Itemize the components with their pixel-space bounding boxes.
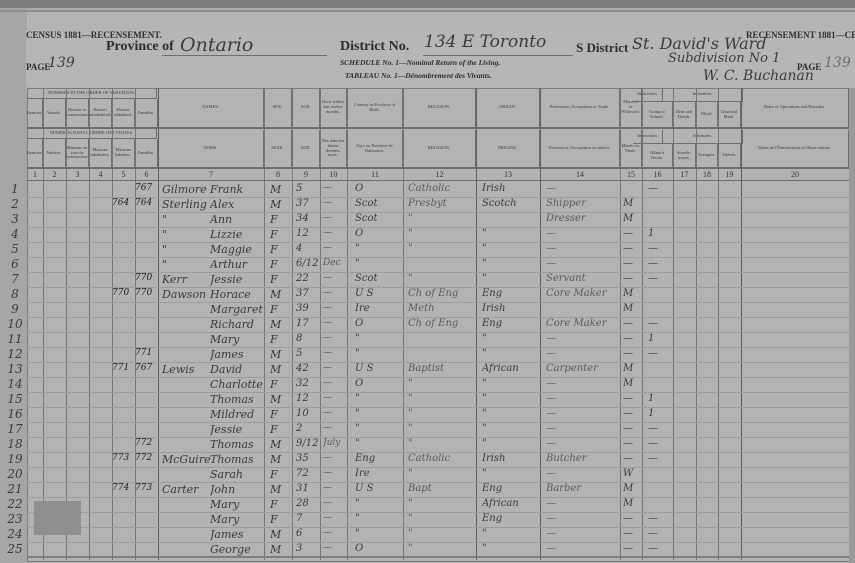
cell-sex: F — [270, 423, 290, 436]
cell-age: 12 — [296, 228, 318, 239]
cell-sex: M — [270, 528, 290, 541]
cell-surname: McGuire — [162, 453, 217, 466]
column-header-fr: NOMS. — [158, 130, 264, 168]
row-number: 1 — [4, 182, 26, 196]
cell-age: 37 — [296, 198, 318, 209]
cell-marital-status: — — [623, 408, 641, 419]
cell-birthplace: O — [355, 378, 400, 389]
cell-marital-status: M — [623, 213, 641, 224]
cell-given-name: George — [210, 543, 265, 556]
cell-occupation: — — [546, 543, 618, 554]
row-number: 21 — [4, 482, 26, 496]
row-number: 12 — [4, 347, 26, 361]
column-header-en: Deaf and Dumb. — [673, 102, 696, 128]
column-number: 4 — [89, 170, 112, 180]
cell-birthplace: U S — [355, 288, 400, 299]
cell-age: 3 — [296, 543, 318, 554]
cell-family-number: 770 — [135, 288, 157, 298]
row-number: 6 — [4, 257, 26, 271]
cell-given-name: Mary — [210, 333, 265, 346]
cell-birthplace: " — [355, 408, 400, 419]
cell-occupation: Butcher — [546, 453, 618, 464]
cell-marital-status: — — [623, 543, 641, 554]
cell-age: 17 — [296, 318, 318, 329]
column-header-en: Profession, Occupation or Trade. — [540, 88, 620, 128]
cell-given-name: James — [210, 528, 265, 541]
cell-school: 1 — [648, 333, 670, 344]
column-number: 2 — [43, 170, 66, 180]
cell-birthplace: O — [355, 543, 400, 554]
cell-age: 6 — [296, 528, 318, 539]
cell-sex: F — [270, 273, 290, 286]
column-header-fr: Maisons inhabitées. — [89, 139, 112, 168]
cell-religion: " — [408, 273, 474, 284]
cell-family-number: 773 — [135, 483, 157, 493]
cell-school: 1 — [648, 408, 670, 419]
cell-origin: " — [482, 438, 538, 449]
cell-marital-status: — — [623, 243, 641, 254]
cell-religion: Bapt — [408, 483, 474, 494]
column-header-en: Country or Province of Birth. — [347, 88, 403, 128]
col-divider — [66, 88, 67, 560]
cell-occupation: — — [546, 513, 618, 524]
col-divider — [292, 88, 293, 560]
cell-family-number: 771 — [135, 348, 157, 358]
cell-family-number: 767 — [135, 183, 157, 193]
cell-house-number: 774 — [112, 483, 134, 493]
cell-occupation: — — [546, 183, 618, 194]
subdivision-value: Subdivision No 1 — [668, 51, 780, 66]
cell-religion: Meth — [408, 303, 474, 314]
cell-house-number: 771 — [112, 363, 134, 373]
cell-sex: F — [270, 228, 290, 241]
cell-religion: Catholic — [408, 453, 474, 464]
col-divider — [741, 88, 742, 560]
cell-age: 4 — [296, 243, 318, 254]
cell-marital-status: M — [623, 498, 641, 509]
column-number: 3 — [66, 170, 89, 180]
cell-marital-status: — — [623, 333, 641, 344]
column-header-fr: RELIGION. — [403, 130, 476, 168]
cell-origin: " — [482, 243, 538, 254]
column-header-en: Vessels. — [43, 99, 66, 128]
cell-occupation: Barber — [546, 483, 618, 494]
cell-occupation: — — [546, 228, 618, 239]
cell-religion: Baptist — [408, 363, 474, 374]
cell-surname: Sterling — [162, 198, 217, 211]
province-label: Province of — [106, 39, 174, 55]
cell-marital-status: — — [623, 318, 641, 329]
column-number: 13 — [476, 170, 540, 180]
cell-sex: M — [270, 363, 290, 376]
column-header-en: Unsound Mind. — [718, 102, 741, 128]
bottom-rule — [27, 556, 849, 558]
cell-born-within-year: — — [323, 483, 347, 493]
cell-origin: " — [482, 228, 538, 239]
column-number: 14 — [540, 170, 620, 180]
cell-origin: Irish — [482, 453, 538, 464]
col-divider — [620, 88, 621, 560]
column-header-fr: Aveugles. — [696, 144, 718, 168]
cell-birthplace: U S — [355, 363, 400, 374]
cell-religion: " — [408, 438, 474, 449]
column-header-fr: Dates de l'Énumération et Observations. — [741, 130, 849, 168]
cell-born-within-year: — — [323, 273, 347, 283]
column-number: 18 — [696, 170, 718, 180]
cell-marital-status: — — [623, 453, 641, 464]
header-rule — [27, 168, 850, 169]
cell-sex: M — [270, 198, 290, 211]
column-header-en: Going to School. — [642, 102, 673, 128]
cell-born-within-year: — — [323, 393, 347, 403]
row-number: 3 — [4, 212, 26, 226]
cell-given-name: Thomas — [210, 393, 265, 406]
cell-sex: F — [270, 243, 290, 256]
cell-origin: Scotch — [482, 198, 538, 209]
cell-occupation: — — [546, 423, 618, 434]
cell-school: — — [648, 528, 670, 539]
cell-religion: " — [408, 468, 474, 479]
cell-family-number: 764 — [135, 198, 157, 208]
cell-origin: Eng — [482, 483, 538, 494]
cell-occupation: — — [546, 348, 618, 359]
cell-birthplace: Ire — [355, 468, 400, 479]
cell-age: 5 — [296, 183, 318, 194]
district-label: District No. — [340, 39, 409, 55]
cell-sex: M — [270, 438, 290, 451]
cell-birthplace: " — [355, 423, 400, 434]
cell-age: 34 — [296, 213, 318, 224]
cell-age: 12 — [296, 393, 318, 404]
cell-surname: " — [162, 258, 217, 271]
cell-born-within-year: — — [323, 543, 347, 553]
cell-age: 37 — [296, 288, 318, 299]
cell-given-name: Lizzie — [210, 228, 265, 241]
cell-house-number: 770 — [112, 288, 134, 298]
province-value: Ontario — [180, 34, 253, 56]
cell-marital-status: M — [623, 378, 641, 389]
header-rule — [27, 180, 850, 181]
cell-given-name: Margaret — [210, 303, 265, 316]
row-number: 20 — [4, 467, 26, 481]
column-number: 5 — [112, 170, 135, 180]
cell-religion: " — [408, 528, 474, 539]
row-number: 2 — [4, 197, 26, 211]
row-number: 10 — [4, 317, 26, 331]
cell-surname: " — [162, 213, 217, 226]
cell-given-name: Maggie — [210, 243, 265, 256]
cell-born-within-year: — — [323, 183, 347, 193]
cell-age: 5 — [296, 348, 318, 359]
column-number: 7 — [158, 170, 264, 180]
cell-sex: F — [270, 408, 290, 421]
cell-origin: Eng — [482, 318, 538, 329]
column-number: 11 — [347, 170, 403, 180]
cell-occupation: Servant — [546, 273, 618, 284]
cell-origin: " — [482, 423, 538, 434]
cell-born-within-year: — — [323, 243, 347, 253]
column-header-fr: Pays ou Province de Naissance. — [347, 130, 403, 168]
header-instruction-fr: Instruction. — [633, 130, 663, 144]
cell-age: 7 — [296, 513, 318, 524]
cell-origin: Eng — [482, 288, 538, 299]
cell-birthplace: " — [355, 348, 400, 359]
cell-given-name: Mary — [210, 498, 265, 511]
column-number: 10 — [320, 170, 347, 180]
cell-birthplace: Ire — [355, 303, 400, 314]
cell-origin: " — [482, 378, 538, 389]
cell-occupation: — — [546, 528, 618, 539]
cell-occupation: — — [546, 438, 618, 449]
column-header-en: ORIGIN. — [476, 88, 540, 128]
column-header-fr: SEXE. — [264, 130, 292, 168]
column-number: 16 — [642, 170, 673, 180]
column-header-en: Houses in construction. — [66, 99, 89, 128]
cell-school: 1 — [648, 228, 670, 239]
cell-marital-status: M — [623, 363, 641, 374]
cell-born-within-year: — — [323, 303, 347, 313]
cell-occupation: Dresser — [546, 213, 618, 224]
cell-birthplace: Scot — [355, 198, 400, 209]
cell-religion: " — [408, 393, 474, 404]
row-number: 19 — [4, 452, 26, 466]
cell-born-within-year: — — [323, 348, 347, 358]
cell-sex: F — [270, 513, 290, 526]
cell-sex: M — [270, 393, 290, 406]
schedule-title-en: SCHEDULE No. 1—Nominal Return of the Liv… — [340, 58, 500, 67]
census-page: CENSUS 1881—RECENSEMENT. RECENSEMENT 188… — [0, 0, 855, 563]
district-underline — [423, 55, 573, 56]
cell-age: 39 — [296, 303, 318, 314]
cell-marital-status: — — [623, 528, 641, 539]
cell-birthplace: " — [355, 438, 400, 449]
cell-sex: F — [270, 258, 290, 271]
cell-age: 2 — [296, 423, 318, 434]
column-header-fr: Allant à l'école. — [642, 144, 673, 168]
cell-occupation: Shipper — [546, 198, 618, 209]
cell-given-name: Jessie — [210, 273, 265, 286]
top-border — [0, 0, 855, 8]
column-header-en: Dates of Operations and Remarks. — [741, 88, 849, 128]
cell-born-within-year: July — [323, 438, 347, 448]
row-number: 15 — [4, 392, 26, 406]
col-divider — [43, 88, 44, 560]
row-rule — [27, 257, 850, 258]
column-header-en: RELIGION. — [403, 88, 476, 128]
column-header-fr: ORIGINE. — [476, 130, 540, 168]
cell-born-within-year: — — [323, 378, 347, 388]
header-group-fr: NUMÉROS DANS L'ORDRE DES VISITES. — [27, 128, 157, 139]
cell-surname: Lewis — [162, 363, 217, 376]
cell-age: 6/12 — [296, 258, 318, 269]
col-divider — [476, 88, 477, 560]
column-header-fr: Maisons en voie de construction. — [66, 139, 89, 168]
cell-born-within-year: — — [323, 288, 347, 298]
cell-born-within-year: — — [323, 528, 347, 538]
cell-sex: M — [270, 183, 290, 196]
cell-birthplace: O — [355, 183, 400, 194]
cell-religion: Presbyt — [408, 198, 474, 209]
row-number: 18 — [4, 437, 26, 451]
cell-born-within-year: Dec — [323, 258, 347, 268]
cell-origin: African — [482, 363, 538, 374]
cell-given-name: Jessie — [210, 423, 265, 436]
cell-occupation: — — [546, 333, 618, 344]
cell-school: — — [648, 183, 670, 194]
cell-school: 1 — [648, 393, 670, 404]
page-label-right: PAGE — [797, 62, 821, 72]
subdistrict-label: S District — [576, 40, 628, 56]
cell-surname: Gilmore — [162, 183, 217, 196]
page-number-left: 139 — [48, 55, 75, 71]
column-number: 12 — [403, 170, 476, 180]
col-divider — [320, 88, 321, 560]
cell-occupation: Core Maker — [546, 288, 618, 299]
column-header-fr: Navires. — [43, 139, 66, 168]
cell-family-number: 772 — [135, 438, 157, 448]
cell-sex: M — [270, 318, 290, 331]
cell-age: 28 — [296, 498, 318, 509]
cell-occupation: — — [546, 243, 618, 254]
cell-origin: " — [482, 528, 538, 539]
cell-religion: " — [408, 228, 474, 239]
cell-origin: " — [482, 348, 538, 359]
column-number: 20 — [741, 170, 849, 180]
column-header-en: SEX. — [264, 88, 292, 128]
cell-age: 35 — [296, 453, 318, 464]
cell-religion: Ch of Eng — [408, 288, 474, 299]
cell-family-number: 770 — [135, 273, 157, 283]
row-number: 14 — [4, 377, 26, 391]
row-number: 24 — [4, 527, 26, 541]
col-divider — [158, 88, 159, 560]
row-number: 23 — [4, 512, 26, 526]
cell-occupation: Carpenter — [546, 363, 618, 374]
cell-marital-status: — — [623, 513, 641, 524]
col-divider — [403, 88, 404, 560]
cell-origin: " — [482, 273, 538, 284]
cell-born-within-year: — — [323, 228, 347, 238]
cell-born-within-year: — — [323, 318, 347, 328]
cell-occupation: Core Maker — [546, 318, 618, 329]
cell-born-within-year: — — [323, 408, 347, 418]
cell-sex: F — [270, 378, 290, 391]
row-number: 9 — [4, 302, 26, 316]
header-rule — [27, 128, 850, 129]
cell-origin: " — [482, 543, 538, 554]
row-rule — [27, 332, 850, 333]
cell-origin: Irish — [482, 183, 538, 194]
cell-occupation: — — [546, 498, 618, 509]
cell-occupation: — — [546, 258, 618, 269]
page-label-left: PAGE — [26, 62, 50, 72]
header-infirmities-en: Infirmities. — [663, 88, 743, 102]
cell-birthplace: " — [355, 528, 400, 539]
cell-marital-status: — — [623, 258, 641, 269]
right-border — [849, 88, 855, 563]
cell-birthplace: " — [355, 513, 400, 524]
cell-origin: " — [482, 258, 538, 269]
cell-birthplace: " — [355, 333, 400, 344]
cell-born-within-year: — — [323, 363, 347, 373]
cell-school: — — [648, 273, 670, 284]
cell-religion: Catholic — [408, 183, 474, 194]
cell-school: — — [648, 423, 670, 434]
cell-religion: " — [408, 408, 474, 419]
cell-surname: " — [162, 243, 217, 256]
cell-given-name: James — [210, 348, 265, 361]
cell-surname: Carter — [162, 483, 217, 496]
column-header-en: Blind. — [696, 102, 718, 128]
cell-marital-status: — — [623, 393, 641, 404]
cell-school: — — [648, 318, 670, 329]
column-header-fr: Maisons habitées. — [112, 139, 135, 168]
cell-religion: Ch of Eng — [408, 318, 474, 329]
cell-birthplace: " — [355, 243, 400, 254]
cell-religion: " — [408, 213, 474, 224]
cell-house-number: 773 — [112, 453, 134, 463]
cell-given-name: Charlotte — [210, 378, 265, 391]
row-number: 22 — [4, 497, 26, 511]
header-group-en: NUMBERS IN THE ORDER OF VISITATION. — [27, 88, 157, 99]
col-divider — [540, 88, 541, 560]
cell-birthplace: " — [355, 393, 400, 404]
cell-birthplace: Eng — [355, 453, 400, 464]
cell-surname: Dawson — [162, 288, 217, 301]
col-divider — [642, 88, 643, 560]
row-number: 11 — [4, 332, 26, 346]
column-number: 17 — [673, 170, 696, 180]
cell-marital-status: M — [623, 288, 641, 299]
cell-origin: Eng — [482, 513, 538, 524]
cell-born-within-year: — — [323, 498, 347, 508]
column-header-en: AGE. — [292, 88, 320, 128]
cell-sex: F — [270, 468, 290, 481]
cell-given-name: David — [210, 363, 265, 376]
column-header-en: Born within last twelve months. — [320, 88, 347, 128]
column-header-en: Houses inhabited. — [112, 99, 135, 128]
row-number: 8 — [4, 287, 26, 301]
cell-age: 10 — [296, 408, 318, 419]
cell-born-within-year: — — [323, 513, 347, 523]
cell-given-name: Richard — [210, 318, 265, 331]
row-number: 7 — [4, 272, 26, 286]
cell-religion: " — [408, 423, 474, 434]
column-number: 15 — [620, 170, 642, 180]
column-header-fr: Profession, Occupation ou métier. — [540, 130, 620, 168]
redaction-patch — [34, 501, 81, 535]
row-number: 25 — [4, 542, 26, 556]
cell-given-name: John — [210, 483, 265, 496]
column-header-fr: Nés dans les douze derniers mois. — [320, 130, 347, 168]
schedule-title-fr: TABLEAU No. 1—Dénombrement des Vivants. — [345, 71, 492, 80]
cell-age: 22 — [296, 273, 318, 284]
cell-school: — — [648, 258, 670, 269]
row-number: 4 — [4, 227, 26, 241]
header-instruction-en: Instruction. — [633, 88, 663, 102]
cell-born-within-year: — — [323, 453, 347, 463]
cell-occupation: — — [546, 393, 618, 404]
cell-born-within-year: — — [323, 213, 347, 223]
cell-sex: M — [270, 483, 290, 496]
cell-occupation: — — [546, 378, 618, 389]
cell-age: 8 — [296, 333, 318, 344]
cell-religion: " — [408, 243, 474, 254]
cell-school: — — [648, 348, 670, 359]
cell-born-within-year: — — [323, 198, 347, 208]
row-number: 5 — [4, 242, 26, 256]
cell-sex: F — [270, 498, 290, 511]
